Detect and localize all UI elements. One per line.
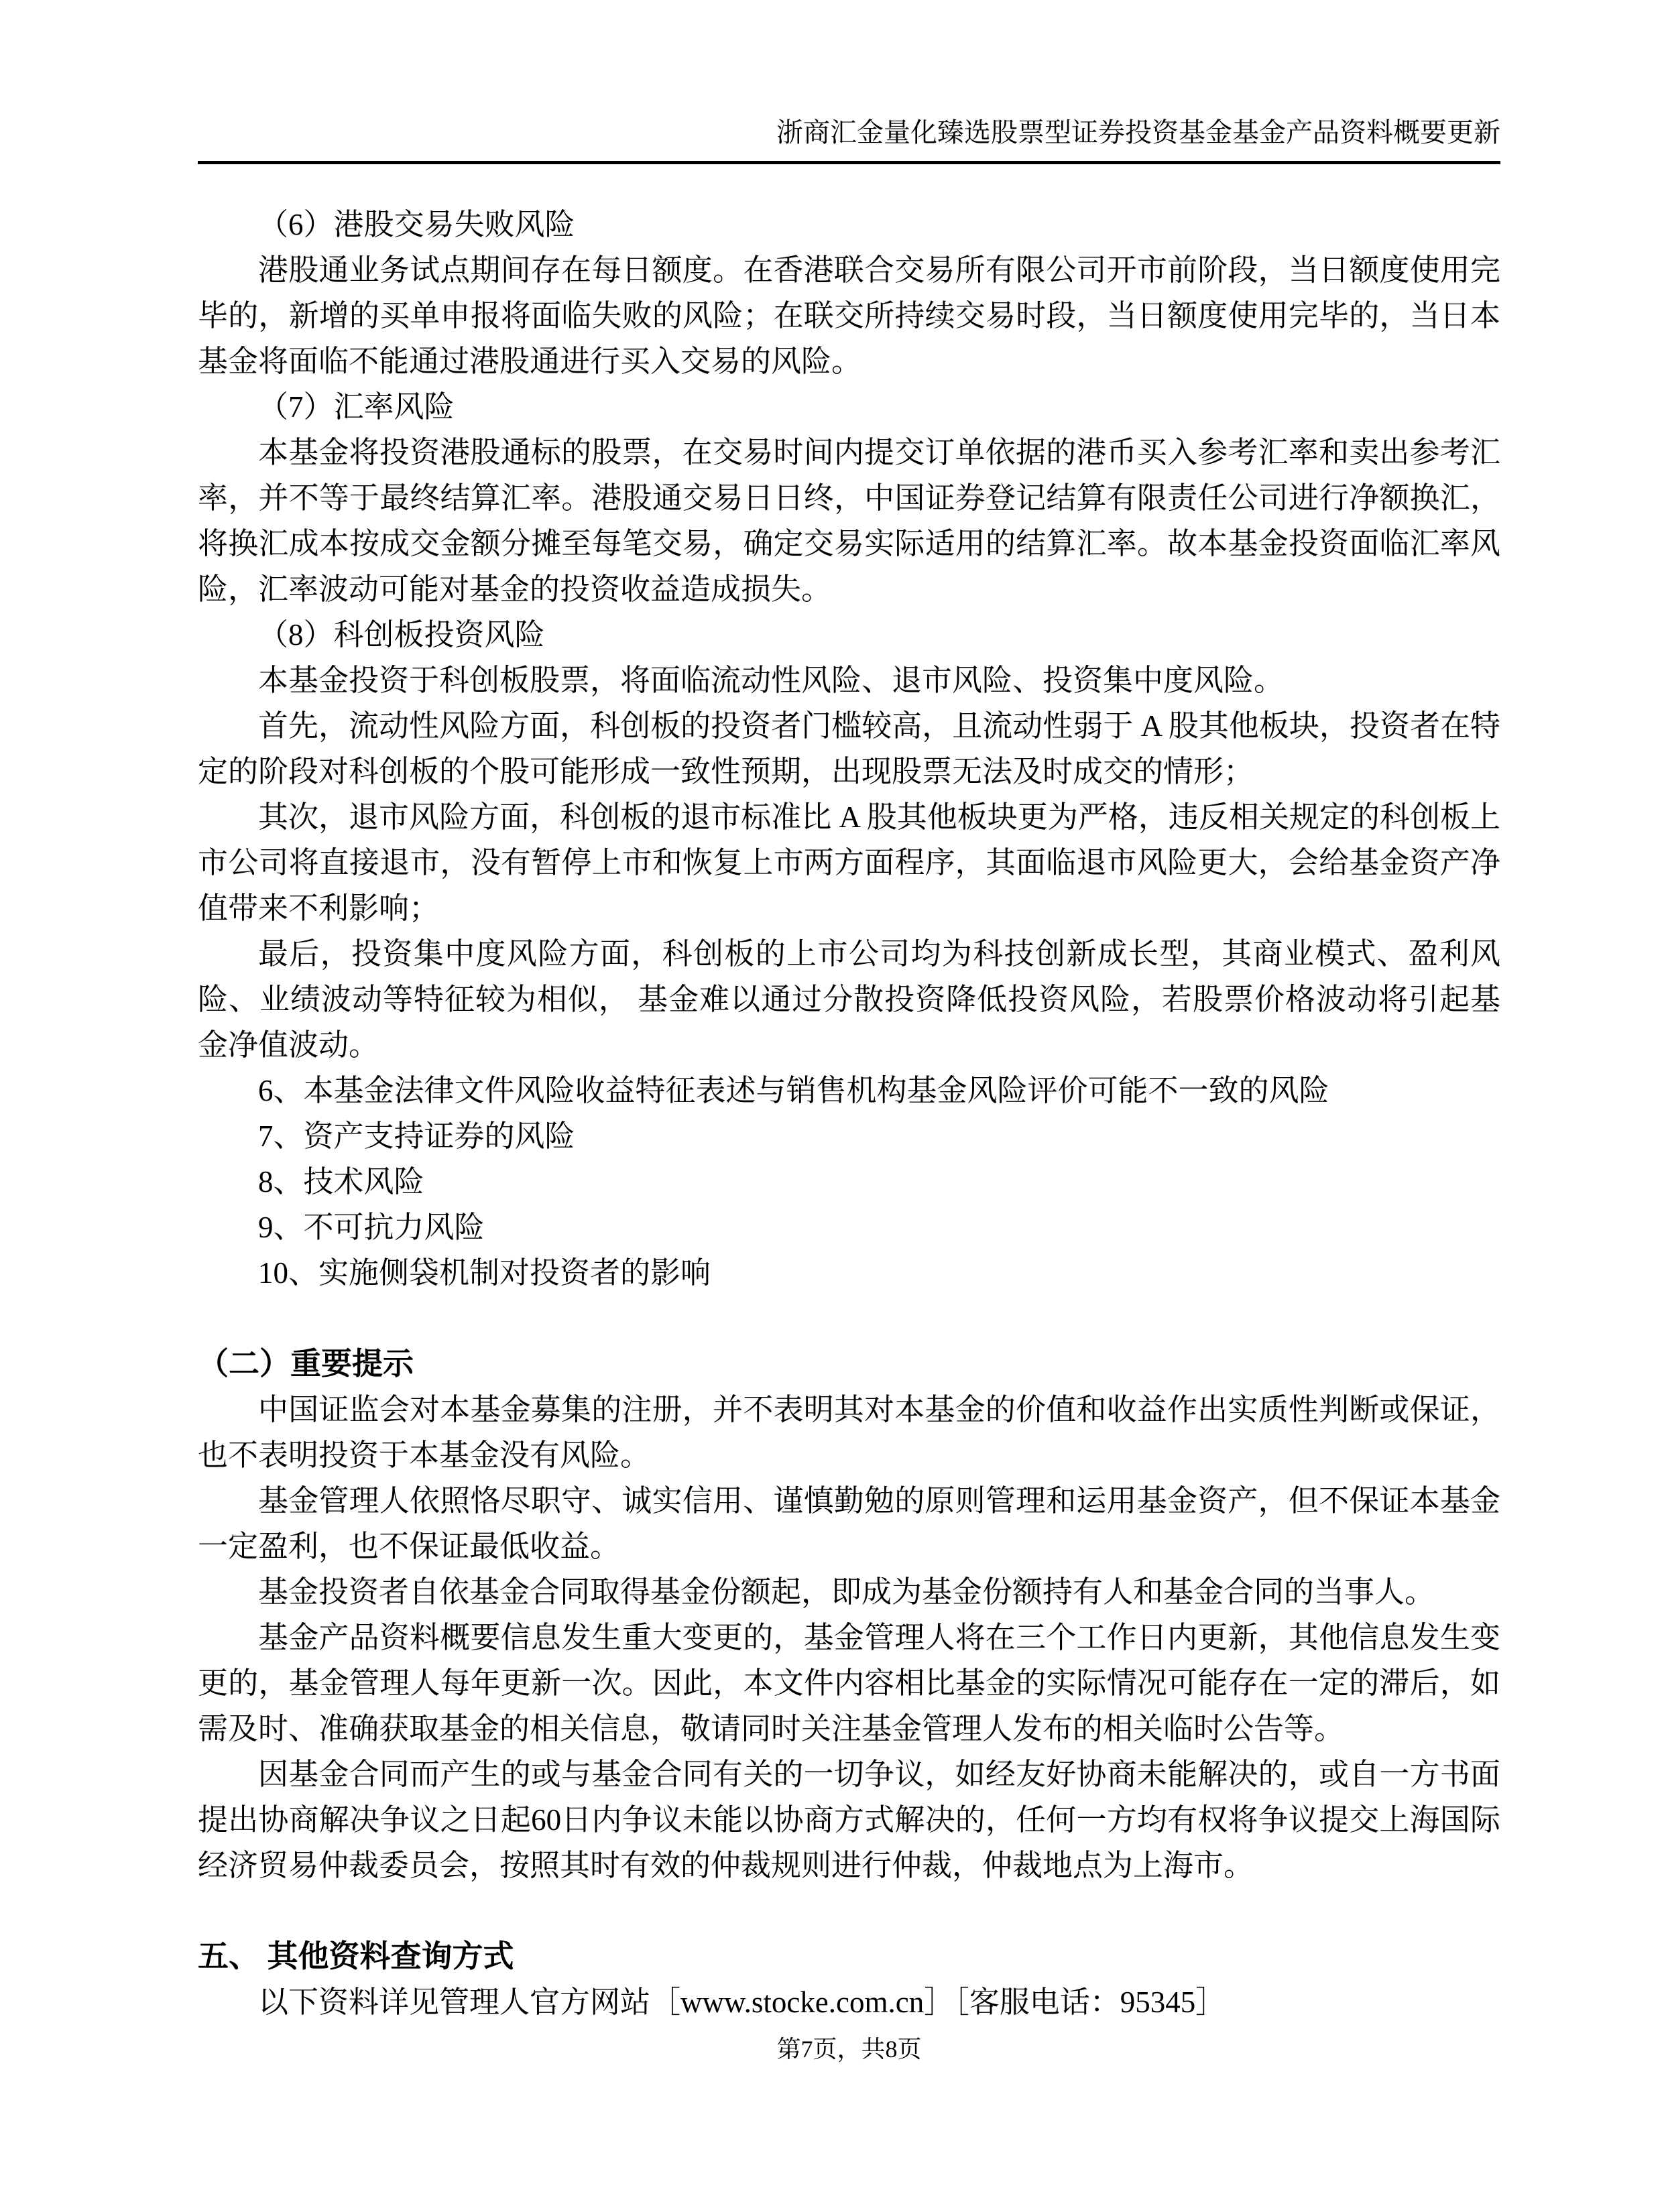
document-page: 浙商汇金量化臻选股票型证券投资基金基金产品资料概要更新 （6）港股交易失败风险港… — [0, 0, 1666, 2212]
section-heading: 五、 其他资料查询方式 — [198, 1934, 1500, 1979]
para: 最后，投资集中度风险方面，科创板的上市公司均为科技创新成长型，其商业模式、盈利风… — [198, 931, 1500, 1068]
section-heading: （二）重要提示 — [198, 1341, 1500, 1387]
para: 本基金将投资港股通标的股票，在交易时间内提交订单依据的港币买入参考汇率和卖出参考… — [198, 430, 1500, 612]
para: 8、技术风险 — [198, 1159, 1500, 1205]
header-rule — [198, 161, 1500, 164]
para: 6、本基金法律文件风险收益特征表述与销售机构基金风险评价可能不一致的风险 — [198, 1068, 1500, 1113]
para: 因基金合同而产生的或与基金合同有关的一切争议，如经友好协商未能解决的，或自一方书… — [198, 1752, 1500, 1888]
para: 首先，流动性风险方面，科创板的投资者门槛较高，且流动性弱于 A 股其他板块，投资… — [198, 703, 1500, 794]
page-footer: 第7页，共8页 — [198, 2034, 1500, 2064]
para: 本基金投资于科创板股票，将面临流动性风险、退市风险、投资集中度风险。 — [198, 658, 1500, 703]
document-header-title: 浙商汇金量化臻选股票型证券投资基金基金产品资料概要更新 — [198, 119, 1500, 146]
sub-heading: （7）汇率风险 — [198, 384, 1500, 430]
sub-heading: （8）科创板投资风险 — [198, 612, 1500, 658]
para: 7、资产支持证券的风险 — [198, 1113, 1500, 1159]
document-body: （6）港股交易失败风险港股通业务试点期间存在每日额度。在香港联合交易所有限公司开… — [198, 202, 1500, 2025]
para: 其次，退市风险方面，科创板的退市标准比 A 股其他板块更为严格，违反相关规定的科… — [198, 794, 1500, 931]
para: 港股通业务试点期间存在每日额度。在香港联合交易所有限公司开市前阶段，当日额度使用… — [198, 247, 1500, 384]
para: 中国证监会对本基金募集的注册，并不表明其对本基金的价值和收益作出实质性判断或保证… — [198, 1387, 1500, 1478]
para: 以下资料详见管理人官方网站［www.stocke.com.cn］［客服电话：95… — [198, 1979, 1500, 2025]
para: 9、不可抗力风险 — [198, 1205, 1500, 1250]
para: 基金管理人依照恪尽职守、诚实信用、谨慎勤勉的原则管理和运用基金资产，但不保证本基… — [198, 1478, 1500, 1569]
para: 基金产品资料概要信息发生重大变更的，基金管理人将在三个工作日内更新，其他信息发生… — [198, 1615, 1500, 1752]
para: 10、实施侧袋机制对投资者的影响 — [198, 1250, 1500, 1296]
sub-heading: （6）港股交易失败风险 — [198, 202, 1500, 247]
para: 基金投资者自依基金合同取得基金份额起，即成为基金份额持有人和基金合同的当事人。 — [198, 1569, 1500, 1615]
